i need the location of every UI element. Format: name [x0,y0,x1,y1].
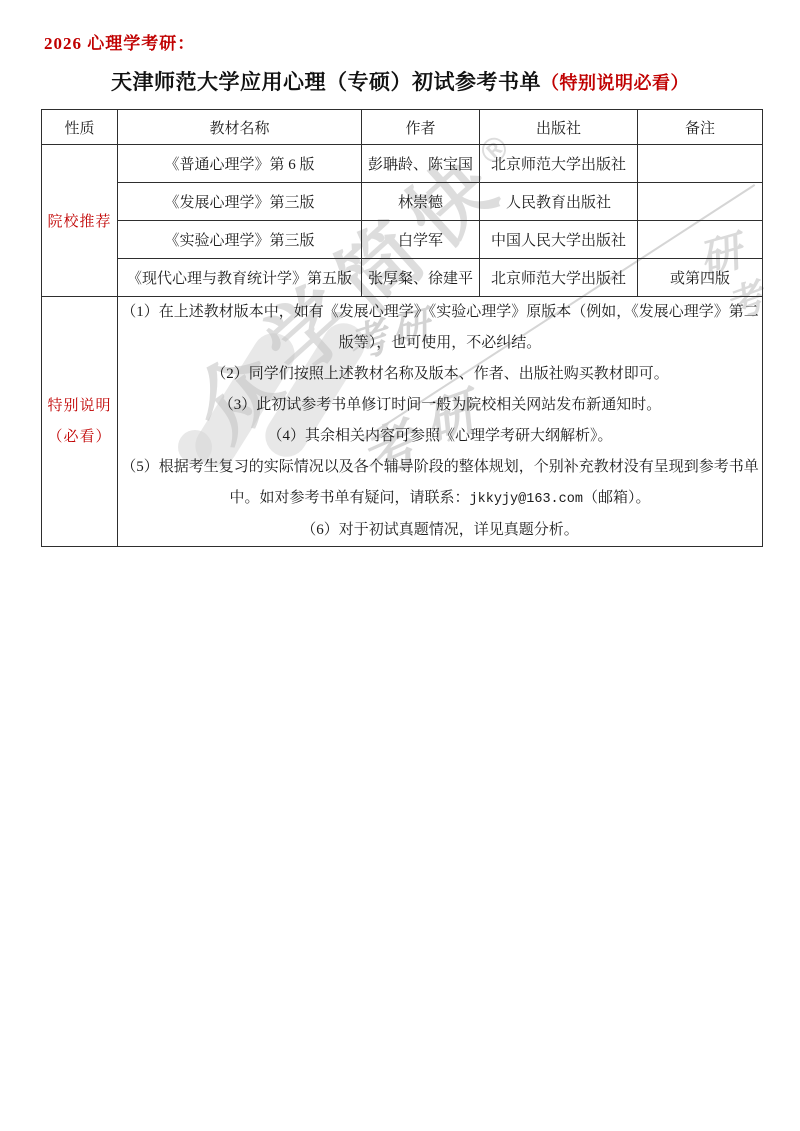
table-row: 院校推荐 《普通心理学》第 6 版 彭聃龄、陈宝国 北京师范大学出版社 [42,145,763,183]
publisher-cell: 北京师范大学出版社 [480,145,638,183]
publisher-cell: 中国人民大学出版社 [480,221,638,259]
special-label-line1: 特别说明 [42,391,117,422]
author-cell: 白学军 [362,221,480,259]
special-notes-cell: （1）在上述教材版本中，如有《发展心理学》《实验心理学》原版本（例如，《发展心理… [118,297,763,547]
special-notes-row: 特别说明 （必看） （1）在上述教材版本中，如有《发展心理学》《实验心理学》原版… [42,297,763,547]
author-cell: 林崇德 [362,183,480,221]
header-cell-publisher: 出版社 [480,110,638,145]
contact-email: jkkyjy@163.com [470,492,583,507]
publisher-cell: 北京师范大学出版社 [480,259,638,297]
remark-cell [638,145,763,183]
note-item-4: （4）其余相关内容可参照《心理学考研大纲解析》。 [118,421,762,452]
note-item-6: （6）对于初试真题情况，详见真题分析。 [118,515,762,546]
group-label-special-notes: 特别说明 （必看） [42,297,118,547]
author-cell: 彭聃龄、陈宝国 [362,145,480,183]
note-item-2: （2）同学们按照上述教材名称及版本、作者、出版社购买教材即可。 [118,359,762,390]
note-5-text-after: （邮箱）。 [583,490,651,506]
header-cell-book-name: 教材名称 [118,110,362,145]
book-name-cell: 《现代心理与教育统计学》第五版 [118,259,362,297]
special-label-line2: （必看） [42,422,117,453]
table-header-row: 性质 教材名称 作者 出版社 备注 [42,110,763,145]
page-title-main: 天津师范大学应用心理（专硕）初试参考书单 [111,71,541,94]
note-item-3: （3）此初试参考书单修订时间一般为院校相关网站发布新通知时。 [118,390,762,421]
header-cell-author: 作者 [362,110,480,145]
table-row: 《现代心理与教育统计学》第五版 张厚粲、徐建平 北京师范大学出版社 或第四版 [42,259,763,297]
table-row: 《发展心理学》第三版 林崇德 人民教育出版社 [42,183,763,221]
book-name-cell: 《实验心理学》第三版 [118,221,362,259]
table-row: 《实验心理学》第三版 白学军 中国人民大学出版社 [42,221,763,259]
page-eyebrow-title: 2026 心理学考研： [44,29,195,54]
remark-cell [638,221,763,259]
reference-book-table-wrap: 性质 教材名称 作者 出版社 备注 院校推荐 《普通心理学》第 6 版 彭聃龄、… [41,109,763,547]
book-name-cell: 《发展心理学》第三版 [118,183,362,221]
remark-cell [638,183,763,221]
page-title-highlight: （特别说明必看） [541,73,689,93]
author-cell: 张厚粲、徐建平 [362,259,480,297]
reference-book-table: 性质 教材名称 作者 出版社 备注 院校推荐 《普通心理学》第 6 版 彭聃龄、… [41,109,763,547]
publisher-cell: 人民教育出版社 [480,183,638,221]
note-item-1: （1）在上述教材版本中，如有《发展心理学》《实验心理学》原版本（例如，《发展心理… [118,297,762,359]
header-cell-nature: 性质 [42,110,118,145]
book-name-cell: 《普通心理学》第 6 版 [118,145,362,183]
note-item-5: （5）根据考生复习的实际情况以及各个辅导阶段的整体规划，个别补充教材没有呈现到参… [118,452,762,515]
remark-cell: 或第四版 [638,259,763,297]
page-title: 天津师范大学应用心理（专硕）初试参考书单（特别说明必看） [0,66,800,96]
header-cell-remark: 备注 [638,110,763,145]
document-page: 众学简快® 考 研 考 研 研 考 2026 心理学考研： 天津师范大学应用心理… [0,0,800,1131]
group-label-recommended: 院校推荐 [42,145,118,297]
note-5-text-before: （5）根据考生复习的实际情况以及各个辅导阶段的整体规划，个别补充教材没有呈现到参… [121,459,759,506]
